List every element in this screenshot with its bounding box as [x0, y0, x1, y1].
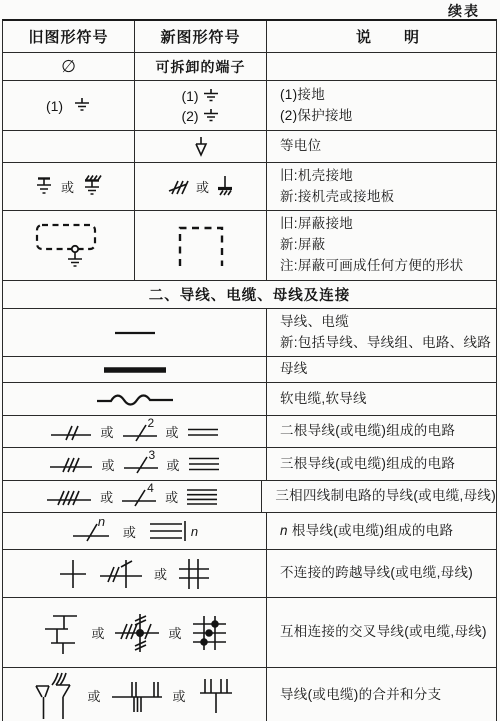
item-number-label: (1) — [181, 88, 198, 104]
crossing-plus-icon — [58, 557, 88, 591]
two-tick-wire-icon — [49, 422, 93, 442]
or-label: 或 — [87, 686, 100, 705]
description-line: 软电缆,软导线 — [280, 389, 367, 410]
circle-slash-symbol: ∅ — [3, 53, 135, 80]
header-new-symbols: 新图形符号 — [135, 21, 267, 52]
wire-count-slash-icon: 4 — [120, 487, 158, 507]
flexible-cable-icon — [95, 391, 175, 407]
table-row: 软电缆,软导线 — [3, 383, 496, 416]
table-row: 旧:屏蔽接地 新:屏蔽 注:屏蔽可画成任何方便的形状 — [3, 211, 496, 281]
new-chassis-ground-icon — [167, 177, 189, 197]
or-label: 或 — [100, 487, 113, 506]
table-row: (1) (1) (2) — [3, 81, 496, 131]
new-earth-plate-icon — [216, 176, 234, 197]
scanned-symbol-table-page: 续表 旧图形符号 新图形符号 说 明 ∅ 可拆卸的端子 (1) — [0, 0, 500, 721]
or-label: 或 — [101, 455, 114, 474]
old-shield-ground-icon — [31, 218, 107, 274]
or-label: 或 — [169, 623, 182, 642]
or-label: 或 — [196, 177, 209, 196]
wire-count-slash-icon: 3 — [122, 454, 160, 474]
description-line: 不连接的跨越导线(或电缆,母线) — [280, 563, 473, 584]
or-label: 或 — [166, 422, 179, 441]
description-line: 新:屏蔽 — [280, 235, 463, 256]
description-n: n — [280, 523, 288, 538]
merge-funnel-icon — [32, 671, 78, 721]
earth-ground-icon — [202, 108, 220, 124]
description-line: 等电位 — [280, 136, 321, 157]
four-tick-wire-icon — [45, 487, 93, 507]
hash-dot-junction-icon — [190, 614, 228, 652]
wire-count-label: 2 — [148, 416, 155, 430]
crossing-hash-icon — [177, 557, 211, 591]
description-line: 三根导线(或电缆)组成的电路 — [280, 454, 455, 475]
or-label: 或 — [154, 564, 167, 583]
old-frame-ground-hatched-icon — [81, 175, 103, 199]
description-line: 母线 — [280, 359, 308, 380]
busbar-icon — [102, 366, 168, 374]
description-line: 旧:屏蔽接地 — [280, 214, 463, 235]
description-line: 新:接机壳或接地板 — [280, 187, 394, 208]
table-row: 或 或 导线(或电缆)的合并和分支 — [3, 668, 496, 721]
section-title-row: 二、导线、电缆、母线及连接 — [3, 281, 496, 309]
removable-terminal-label: 可拆卸的端子 — [135, 53, 267, 80]
table-row: 母线 — [3, 357, 496, 383]
wire-icon — [113, 330, 157, 336]
table-row: 或 3 或 三根导线(或电缆)组成的电路 — [3, 448, 496, 481]
n-parallel-lines-icon — [148, 520, 188, 542]
or-label: 或 — [123, 522, 136, 541]
description-line: 导线(或电缆)的合并和分支 — [280, 685, 441, 706]
table-row: n 或 n n 根导线(或电缆)组成的电路 — [3, 513, 496, 550]
section-title: 二、导线、电缆、母线及连接 — [3, 281, 496, 308]
or-label: 或 — [167, 455, 180, 474]
table-row: ∅ 可拆卸的端子 — [3, 53, 496, 81]
or-label: 或 — [91, 623, 104, 642]
earth-ground-icon — [202, 88, 220, 104]
header-description: 说 明 — [267, 21, 496, 52]
description-line: 旧:机壳接地 — [280, 166, 394, 187]
or-label: 或 — [173, 686, 186, 705]
three-parallel-lines-icon — [187, 456, 221, 472]
item-number-label: (1) — [46, 98, 63, 114]
earth-ground-icon — [73, 97, 91, 114]
three-tick-wire-icon — [48, 454, 94, 474]
table-header-row: 旧图形符号 新图形符号 说 明 — [3, 21, 496, 53]
wire-count-slash-icon: n — [71, 520, 111, 542]
item-number-label: (2) — [181, 108, 198, 124]
two-parallel-lines-icon — [186, 426, 220, 438]
crossing-ticks-icon — [98, 557, 144, 591]
old-frame-ground-icon — [34, 176, 54, 198]
table-row: 或 4 或 三相四线制电路的导线(或电缆,母线) — [3, 481, 496, 513]
description-line: 导线、电缆 — [280, 312, 491, 333]
four-parallel-lines-icon — [185, 488, 219, 506]
symbol-table: 旧图形符号 新图形符号 说 明 ∅ 可拆卸的端子 (1) — [2, 19, 497, 721]
description-line: (1)接地 — [280, 85, 353, 106]
wire-count-label: n — [191, 524, 198, 539]
table-row: 或 2 或 二根导线(或电缆)组成的电路 — [3, 416, 496, 448]
table-row: 等电位 — [3, 131, 496, 163]
tee-junction-icon — [41, 609, 83, 657]
description-line: 二根导线(或电缆)组成的电路 — [280, 421, 455, 442]
continued-table-label: 续表 — [448, 1, 480, 21]
wire-count-label: n — [98, 514, 105, 529]
description-line: 注:屏蔽可画成任何方便的形状 — [280, 256, 463, 277]
description-line: 三相四线制电路的导线(或电缆,母线) — [275, 486, 496, 507]
description-line: (2)保护接地 — [280, 106, 353, 127]
table-row: 或 不连接的跨越导线(或电缆,母线) — [3, 550, 496, 598]
description-line: 根导线(或电缆)组成的电路 — [288, 523, 453, 538]
header-old-symbols: 旧图形符号 — [3, 21, 135, 52]
comb-branch-icon — [195, 676, 237, 716]
table-row: 或 或 — [3, 598, 496, 668]
table-row: 或 或 旧:机壳接地 — [3, 163, 496, 211]
or-label: 或 — [100, 422, 113, 441]
or-label: 或 — [61, 177, 74, 196]
description-line: 新:包括导线、导线组、电路、线路 — [280, 333, 491, 354]
wire-count-slash-icon: 2 — [121, 422, 159, 442]
dot-junction-ticks-icon — [113, 612, 161, 654]
or-label: 或 — [165, 487, 178, 506]
wire-count-label: 3 — [149, 448, 156, 462]
description-line: 互相连接的交叉导线(或电缆,母线) — [280, 622, 487, 643]
wire-count-label: 4 — [147, 481, 154, 495]
new-shield-icon — [170, 222, 232, 270]
table-row: 导线、电缆 新:包括导线、导线组、电路、线路 — [3, 309, 496, 357]
equipotential-icon — [193, 136, 209, 158]
bus-tap-icon — [110, 677, 164, 715]
